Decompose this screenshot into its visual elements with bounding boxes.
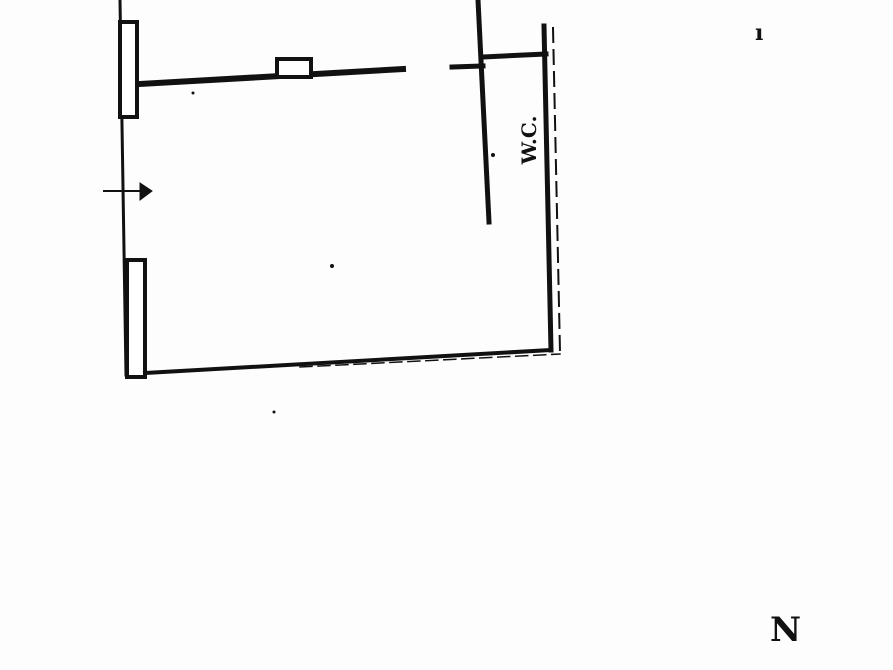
floor-plan [0,0,893,670]
wc-label: W.C. [517,115,541,165]
partition-wall [140,69,403,84]
wc-top-wall [483,54,546,57]
wc-left-wall [478,0,489,222]
corner-mark: ı [755,20,763,46]
window-lower-left [127,260,145,377]
bottom-wall [145,350,551,373]
right-wall-dashed [553,28,560,352]
window-upper-left [120,22,137,117]
partition-opening [277,59,311,77]
north-label: N [770,610,801,650]
right-wall [544,26,551,350]
arrow-head-icon [140,183,152,200]
wall-stub [452,66,483,67]
